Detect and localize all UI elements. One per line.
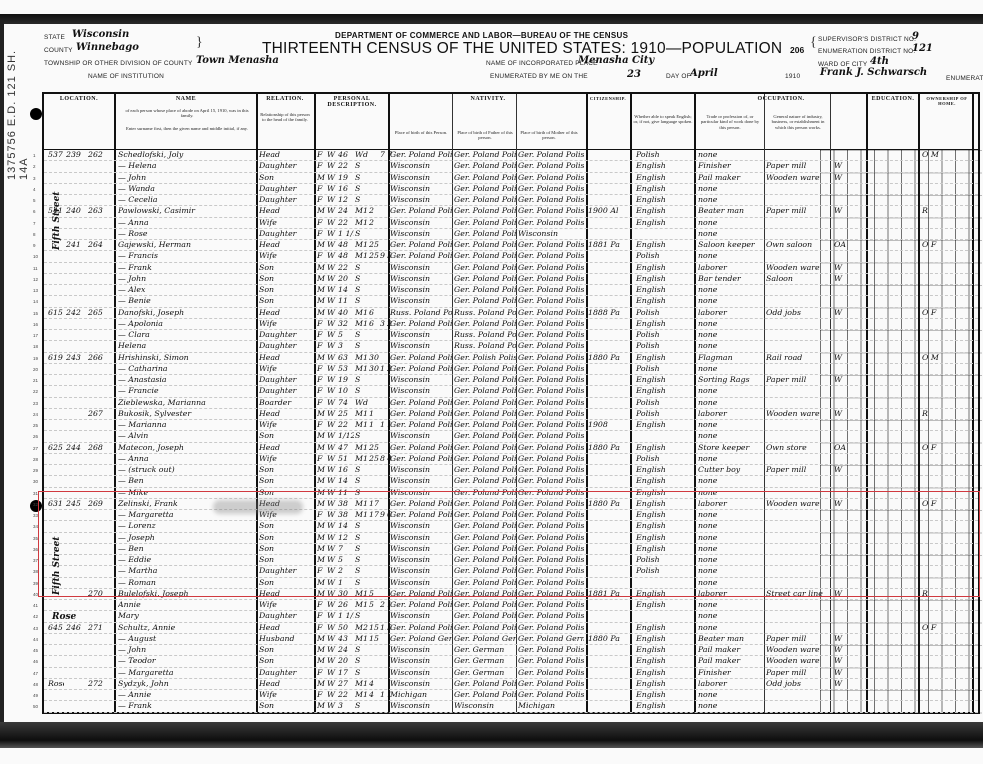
- cell-age: 22: [338, 160, 354, 172]
- cell-bm: Ger. Poland Polish: [518, 453, 584, 465]
- cell-ownership: [922, 160, 970, 172]
- line-number: 18: [33, 344, 38, 349]
- cell-born: [380, 194, 386, 206]
- cell-bm: Ger. Poland Polish: [518, 397, 584, 409]
- cell-bp: Wisconsin: [390, 554, 452, 566]
- cell-ownership: [922, 509, 970, 521]
- cell-emp: W: [834, 205, 848, 217]
- cell-age: 19: [338, 172, 354, 184]
- cell-ownership: [922, 217, 970, 229]
- cell-dwelling: 242: [66, 307, 86, 319]
- cell-relation: Husband: [259, 633, 313, 645]
- cell-family: 271: [88, 622, 110, 634]
- cell-emp: W: [834, 374, 848, 386]
- census-table: Location. Name of each person whose plac…: [42, 92, 980, 714]
- cell-years-married: [369, 329, 379, 341]
- cell-race: W: [327, 633, 337, 645]
- birth-mother-header: Place of birth of Mother of this person.: [518, 130, 580, 141]
- cell-race: W: [327, 622, 337, 634]
- cell-bm: Ger. Poland Polish: [518, 160, 584, 172]
- cell-years-married: [369, 194, 379, 206]
- cell-race: W: [327, 419, 337, 431]
- cell-family: [88, 565, 110, 577]
- cell-lang: English: [636, 205, 692, 217]
- cell-years-married: [369, 667, 379, 679]
- cell-industry: Paper mill: [766, 667, 828, 679]
- cell-bp: Wisconsin: [390, 487, 452, 499]
- cell-bp: Wisconsin: [390, 464, 452, 476]
- cell-ownership: [922, 172, 970, 184]
- cell-bm: Ger. Poland Polish: [518, 554, 584, 566]
- cell-immig: [588, 172, 628, 184]
- cell-relation: Wife: [259, 217, 313, 229]
- cell-bm: Ger. Poland Polish: [518, 408, 584, 420]
- cell-industry: [766, 543, 828, 555]
- cell-family: [88, 385, 110, 397]
- cell-dwelling: [66, 419, 86, 431]
- cell-relation: Son: [259, 464, 313, 476]
- cell-bf: Ger. Poland Polish: [454, 408, 516, 420]
- cell-immig: 1881 Pa: [588, 239, 628, 251]
- cell-dwelling: [66, 700, 86, 712]
- cell-house: [48, 329, 64, 341]
- cell-ownership: R: [922, 588, 970, 600]
- cell-name: — August: [118, 633, 254, 645]
- cell-house: [48, 273, 64, 285]
- cell-immig: [588, 385, 628, 397]
- cell-family: [88, 183, 110, 195]
- cell-house: [48, 295, 64, 307]
- cell-race: W: [327, 194, 337, 206]
- cell-industry: [766, 532, 828, 544]
- cell-relation: Head: [259, 239, 313, 251]
- cell-dwelling: 240: [66, 205, 86, 217]
- cell-years-married: 25: [369, 250, 379, 262]
- cell-family: [88, 532, 110, 544]
- cell-trade: none: [698, 430, 762, 442]
- cell-ownership: [922, 610, 970, 622]
- cell-emp: [834, 554, 848, 566]
- line-number: 12: [33, 277, 38, 282]
- side-annotation: 1375756 E.D. 121 SH. 14A: [6, 40, 26, 180]
- cell-bp: Russ. Poland Polish: [390, 307, 452, 319]
- cell-industry: [766, 250, 828, 262]
- cell-bf: Russ. Poland Polish: [454, 329, 516, 341]
- cell-emp: [834, 284, 848, 296]
- cell-sex: F: [317, 599, 326, 611]
- cell-relation: Daughter: [259, 374, 313, 386]
- cell-ownership: [922, 487, 970, 499]
- cell-relation: Daughter: [259, 565, 313, 577]
- cell-industry: [766, 318, 828, 330]
- cell-age: 14: [338, 520, 354, 532]
- cell-emp: W: [834, 172, 848, 184]
- cell-bp: Wisconsin: [390, 183, 452, 195]
- cell-emp: W: [834, 678, 848, 690]
- cell-race: W: [327, 430, 337, 442]
- cell-sex: F: [317, 374, 326, 386]
- cell-house: [48, 667, 64, 679]
- cell-years-married: [369, 565, 379, 577]
- cell-family: [88, 554, 110, 566]
- cell-age: 48: [338, 250, 354, 262]
- cell-bp: Wisconsin: [390, 172, 452, 184]
- cell-name: — Rose: [118, 228, 254, 240]
- cell-bm: Ger. Poland Polish: [518, 520, 584, 532]
- cell-bm: Ger. Poland Polish: [518, 250, 584, 262]
- cell-years-married: [369, 475, 379, 487]
- cell-years-married: [369, 340, 379, 352]
- cell-bp: Michigan: [390, 689, 452, 701]
- cell-dwelling: [66, 532, 86, 544]
- cell-bm: Ger. Poland Polish: [518, 599, 584, 611]
- cell-born: [380, 340, 386, 352]
- scan-top-edge: [0, 14, 983, 24]
- cell-trade: none: [698, 419, 762, 431]
- name-note: Enter surname first, then the given name…: [124, 126, 250, 131]
- cell-bp: Wisconsin: [390, 475, 452, 487]
- cell-industry: Wooden ware: [766, 172, 828, 184]
- cell-race: W: [327, 453, 337, 465]
- line-number: 28: [33, 457, 38, 462]
- cell-immig: 1880 Pa: [588, 352, 628, 364]
- cell-industry: [766, 599, 828, 611]
- cell-years-married: [369, 160, 379, 172]
- cell-trade: Flagman: [698, 352, 762, 364]
- cell-bp: Wisconsin: [390, 700, 452, 712]
- cell-lang: English: [636, 543, 692, 555]
- cell-ownership: [922, 633, 970, 645]
- cell-bf: Ger. Poland Polish: [454, 689, 516, 701]
- cell-relation: Son: [259, 532, 313, 544]
- line-number: 13: [33, 288, 38, 293]
- cell-relation: Wife: [259, 453, 313, 465]
- cell-bp: Wisconsin: [390, 217, 452, 229]
- cell-years-married: 5: [369, 588, 379, 600]
- cell-trade: Finisher: [698, 160, 762, 172]
- line-number: 40: [33, 592, 38, 597]
- cell-relation: Son: [259, 430, 313, 442]
- cell-industry: [766, 453, 828, 465]
- cell-age: 1/12: [338, 430, 354, 442]
- cell-emp: [834, 217, 848, 229]
- cell-dwelling: [66, 554, 86, 566]
- cell-emp: [834, 363, 848, 375]
- cell-bf: Ger. Poland Polish: [454, 160, 516, 172]
- cell-age: 38: [338, 498, 354, 510]
- line-number: 30: [33, 479, 38, 484]
- cell-age: 5: [338, 329, 354, 341]
- cell-name: — Joseph: [118, 532, 254, 544]
- cell-years-married: 25: [369, 453, 379, 465]
- cell-bp: Ger. Poland Polish: [390, 352, 452, 364]
- cell-bf: Ger. Poland Polish: [454, 273, 516, 285]
- cell-marital: M1: [355, 352, 369, 364]
- cell-name: Sydzyk, John: [118, 678, 254, 690]
- cell-race: W: [327, 442, 337, 454]
- cell-trade: none: [698, 228, 762, 240]
- cell-industry: Own store: [766, 442, 828, 454]
- cell-family: [88, 374, 110, 386]
- cell-family: [88, 329, 110, 341]
- cell-race: W: [327, 678, 337, 690]
- cell-bf: Ger. Poland Polish: [454, 610, 516, 622]
- cell-age: 74: [338, 397, 354, 409]
- cell-lang: English: [636, 295, 692, 307]
- cell-bm: Ger. Poland Polish: [518, 644, 584, 656]
- cell-immig: [588, 565, 628, 577]
- cell-marital: S: [355, 644, 369, 656]
- cell-bm: Ger. Poland Polish: [518, 442, 584, 454]
- line-number: 44: [33, 637, 38, 642]
- cell-age: 19: [338, 374, 354, 386]
- cell-years-married: [369, 532, 379, 544]
- cell-trade: none: [698, 610, 762, 622]
- line-number: 1: [33, 153, 36, 158]
- cell-born: [380, 678, 386, 690]
- cell-years-married: 4: [369, 689, 379, 701]
- cell-ownership: [922, 644, 970, 656]
- cell-bp: Wisconsin: [390, 430, 452, 442]
- cell-industry: [766, 385, 828, 397]
- cell-house: [48, 644, 64, 656]
- cell-ownership: [922, 250, 970, 262]
- cell-born: 1: [380, 419, 386, 431]
- cell-house: [48, 509, 64, 521]
- cell-relation: Son: [259, 284, 313, 296]
- cell-name: Mary: [118, 610, 254, 622]
- cell-bp: Wisconsin: [390, 295, 452, 307]
- cell-bm: Ger. Poland Polish: [518, 565, 584, 577]
- cell-marital: S: [355, 700, 369, 712]
- cell-age: 40: [338, 307, 354, 319]
- cell-family: [88, 160, 110, 172]
- cell-born: [380, 577, 386, 589]
- cell-immig: [588, 149, 628, 161]
- cell-family: 266: [88, 352, 110, 364]
- cell-emp: [834, 509, 848, 521]
- cell-bp: Wisconsin: [390, 610, 452, 622]
- cell-born: [380, 430, 386, 442]
- cell-ownership: [922, 520, 970, 532]
- line-number: 8: [33, 232, 36, 237]
- cell-bf: Ger. Poland Polish: [454, 284, 516, 296]
- cell-immig: [588, 487, 628, 499]
- cell-age: 14: [338, 475, 354, 487]
- cell-ownership: [922, 228, 970, 240]
- cell-marital: M2: [355, 622, 369, 634]
- cell-bp: Ger. Poland Polish: [390, 419, 452, 431]
- cell-immig: 1880 Pa: [588, 442, 628, 454]
- cell-bf: Ger. Poland German: [454, 633, 516, 645]
- cell-industry: [766, 419, 828, 431]
- cell-lang: [636, 430, 692, 442]
- cell-dwelling: [66, 295, 86, 307]
- cell-sex: M: [317, 475, 326, 487]
- cell-bp: Wisconsin: [390, 577, 452, 589]
- cell-bf: Ger. Poland Polish: [454, 419, 516, 431]
- cell-relation: Son: [259, 655, 313, 667]
- cell-age: 5: [338, 554, 354, 566]
- cell-race: W: [327, 554, 337, 566]
- cell-bm: Ger. Poland Polish: [518, 543, 584, 555]
- cell-trade: none: [698, 689, 762, 701]
- cell-house: [48, 453, 64, 465]
- cell-marital: S: [355, 295, 369, 307]
- cell-years-married: 5: [369, 599, 379, 611]
- cell-years-married: [369, 284, 379, 296]
- cell-age: 27: [338, 678, 354, 690]
- cell-sex: M: [317, 532, 326, 544]
- cell-family: [88, 644, 110, 656]
- cell-lang: English: [636, 183, 692, 195]
- cell-relation: Son: [259, 644, 313, 656]
- cell-name: Bulelofski, Joseph: [118, 588, 254, 600]
- cell-dwelling: [66, 453, 86, 465]
- cell-immig: [588, 554, 628, 566]
- page-title: THIRTEENTH CENSUS OF THE UNITED STATES: …: [262, 40, 782, 58]
- cell-race: W: [327, 667, 337, 679]
- cell-born: 2: [380, 599, 386, 611]
- cell-marital: M1: [355, 239, 369, 251]
- cell-industry: [766, 397, 828, 409]
- cell-marital: S: [355, 273, 369, 285]
- county-value: Winnebago: [76, 42, 139, 53]
- cell-relation: Head: [259, 588, 313, 600]
- cell-trade: none: [698, 554, 762, 566]
- cell-race: W: [327, 397, 337, 409]
- cell-emp: W: [834, 273, 848, 285]
- cell-marital: M1: [355, 588, 369, 600]
- cell-lang: English: [636, 599, 692, 611]
- cell-marital: M1: [355, 678, 369, 690]
- cell-industry: [766, 228, 828, 240]
- cell-marital: Wd: [355, 149, 369, 161]
- line-number: 33: [33, 513, 38, 518]
- cell-bf: Ger. Poland Polish: [454, 622, 516, 634]
- cell-ownership: O F: [922, 622, 970, 634]
- cell-name: — Francie: [118, 385, 254, 397]
- cell-emp: [834, 228, 848, 240]
- cell-name: Pawlowski, Casimir: [118, 205, 254, 217]
- line-number: 14: [33, 299, 38, 304]
- cell-dwelling: [66, 565, 86, 577]
- cell-ownership: [922, 183, 970, 195]
- cell-ownership: [922, 464, 970, 476]
- cell-emp: W: [834, 352, 848, 364]
- cell-race: W: [327, 509, 337, 521]
- cell-race: W: [327, 239, 337, 251]
- cell-lang: English: [636, 385, 692, 397]
- cell-family: [88, 509, 110, 521]
- cell-ownership: [922, 577, 970, 589]
- cell-trade: none: [698, 532, 762, 544]
- cell-house: [48, 430, 64, 442]
- cell-industry: Saloon: [766, 273, 828, 285]
- enumerator-signature: Frank J. Schwarsch: [820, 67, 927, 78]
- cell-marital: S: [355, 430, 369, 442]
- cell-trade: none: [698, 453, 762, 465]
- cell-family: [88, 217, 110, 229]
- cell-bm: Ger. Poland German: [518, 633, 584, 645]
- cell-industry: [766, 509, 828, 521]
- cell-name: — Teodor: [118, 655, 254, 667]
- line-number: 25: [33, 423, 38, 428]
- street-label: Fifth Street: [52, 191, 62, 250]
- cell-born: [380, 487, 386, 499]
- cell-born: [380, 239, 386, 251]
- cell-marital: S: [355, 577, 369, 589]
- cell-bp: Wisconsin: [390, 644, 452, 656]
- cell-born: [380, 588, 386, 600]
- cell-lang: English: [636, 644, 692, 656]
- cell-bm: Ger. Poland Polish: [518, 577, 584, 589]
- cell-immig: [588, 700, 628, 712]
- industry-header: General nature of industry, business, or…: [766, 114, 830, 130]
- cell-marital: S: [355, 520, 369, 532]
- cell-lang: Polish: [636, 453, 692, 465]
- cell-trade: laborer: [698, 262, 762, 274]
- cell-dwelling: [66, 588, 86, 600]
- cell-sex: M: [317, 273, 326, 285]
- cell-family: [88, 284, 110, 296]
- cell-sex: M: [317, 464, 326, 476]
- cell-years-married: [369, 385, 379, 397]
- cell-immig: [588, 599, 628, 611]
- cell-industry: Odd jobs: [766, 678, 828, 690]
- cell-sex: M: [317, 172, 326, 184]
- line-number: 48: [33, 682, 38, 687]
- cell-age: 47: [338, 442, 354, 454]
- cell-dwelling: [66, 183, 86, 195]
- cell-years-married: 17: [369, 498, 379, 510]
- cell-bp: Ger. Poland Polish: [390, 318, 452, 330]
- cell-sex: M: [317, 352, 326, 364]
- cell-name: — John: [118, 644, 254, 656]
- cell-immig: [588, 217, 628, 229]
- cell-age: 43: [338, 633, 354, 645]
- cell-family: [88, 453, 110, 465]
- cell-immig: [588, 228, 628, 240]
- cell-relation: Boarder: [259, 397, 313, 409]
- cell-house: 537: [48, 149, 64, 161]
- line-number: 23: [33, 401, 38, 406]
- cell-name: — (struck out): [118, 464, 254, 476]
- cell-ownership: [922, 329, 970, 341]
- cell-marital: M1: [355, 453, 369, 465]
- cell-relation: Head: [259, 408, 313, 420]
- cell-industry: Wooden ware: [766, 655, 828, 667]
- cell-bf: Ger. German: [454, 667, 516, 679]
- cell-sex: F: [317, 397, 326, 409]
- cell-bp: Ger. Poland Polish: [390, 498, 452, 510]
- cell-age: 24: [338, 205, 354, 217]
- cell-marital: S: [355, 543, 369, 555]
- cell-house: [48, 397, 64, 409]
- cell-relation: Wife: [259, 250, 313, 262]
- cell-age: 17: [338, 667, 354, 679]
- cell-marital: M1: [355, 498, 369, 510]
- cell-bm: Ger. Poland Polish: [518, 194, 584, 206]
- cell-years-married: [369, 183, 379, 195]
- cell-race: W: [327, 217, 337, 229]
- cell-family: [88, 273, 110, 285]
- cell-race: W: [327, 655, 337, 667]
- cell-dwelling: [66, 464, 86, 476]
- cell-race: W: [327, 284, 337, 296]
- line-number: 35: [33, 536, 38, 541]
- cell-industry: Paper mill: [766, 160, 828, 172]
